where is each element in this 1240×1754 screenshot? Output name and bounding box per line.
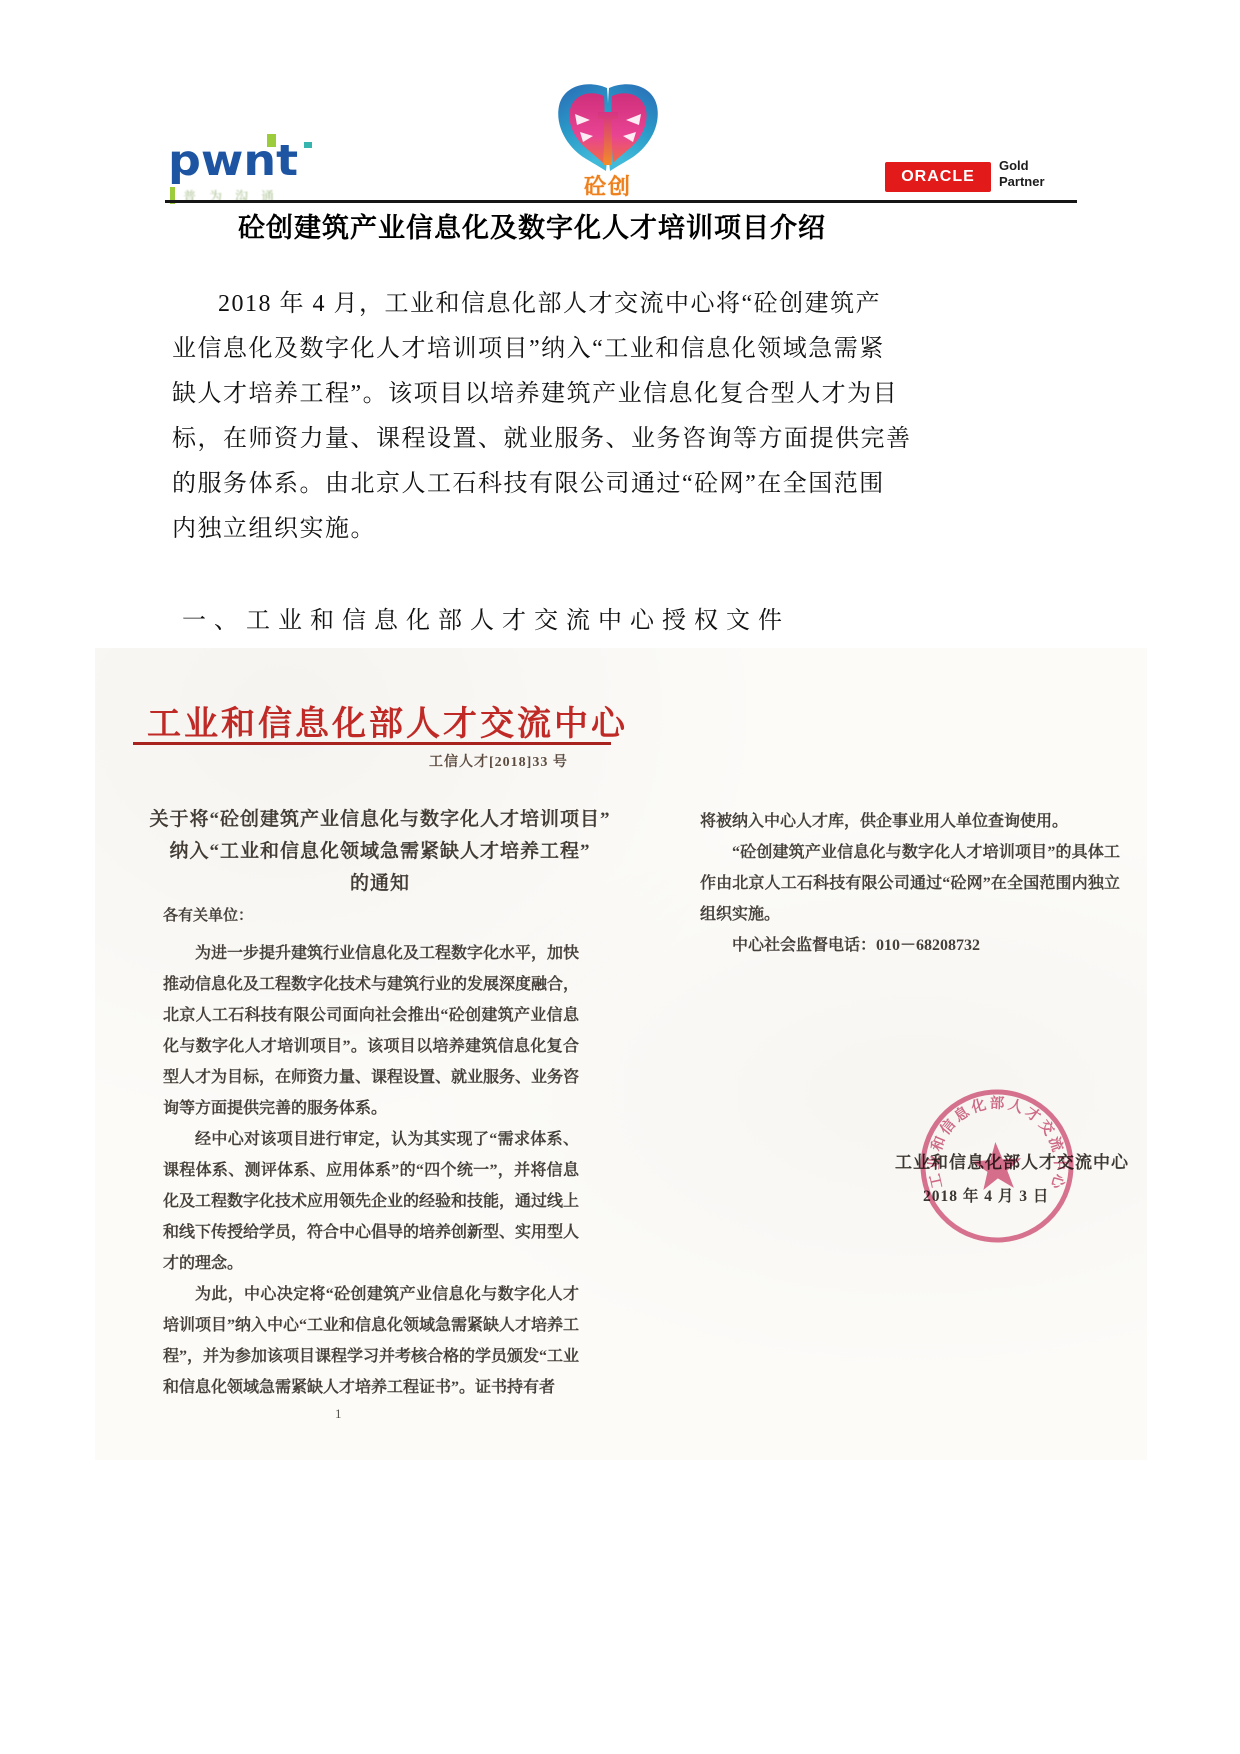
intro-line-6: 内独立组织实施。 (172, 508, 376, 543)
oracle-partner-gold: Gold (999, 158, 1045, 174)
page-title: 砼创建筑产业信息化及数字化人才培训项目介绍 (238, 206, 826, 245)
letter-left-column: 为进一步提升建筑行业信息化及工程数字化水平，加快推动信息化及工程数字化技术与建筑… (163, 938, 579, 1403)
letter-title: 关于将“砼创建筑产业信息化与数字化人才培训项目” 纳入“工业和信息化领域急需紧缺… (135, 804, 625, 900)
oracle-red-box: ORACLE (885, 162, 991, 192)
seal-star-icon (971, 1140, 1024, 1190)
intro-line-2: 业信息化及数字化人才培训项目”纳入“工业和信息化领域急需紧 (172, 328, 885, 363)
official-seal-icon: 工业和信息化部人才交流中心 (912, 1081, 1083, 1252)
letter-paragraph-2: 经中心对该项目进行审定，认为其实现了“需求体系、课程体系、测评体系、应用体系”的… (163, 1124, 579, 1279)
oracle-brand-text: ORACLE (901, 168, 975, 186)
intro-line-4: 标，在师资力量、课程设置、就业服务、业务咨询等方面提供完善 (172, 418, 912, 453)
letter-paragraph-3: 为此，中心决定将“砼创建筑产业信息化与数字化人才培训项目”纳入中心“工业和信息化… (163, 1279, 579, 1403)
section-1-heading: 一、工业和信息化部人才交流中心授权文件 (182, 600, 790, 635)
letter-paragraph-5: “砼创建筑产业信息化与数字化人才培训项目”的具体工作由北京人工石科技有限公司通过… (700, 837, 1120, 930)
pwnt-green-accent-icon (267, 134, 276, 147)
letter-paragraph-4: 将被纳入中心人才库，供企事业用人单位查询使用。 (700, 806, 1120, 837)
pwnt-logo: pwnt 普为沟通 (168, 140, 358, 202)
oracle-partner-logo: ORACLE Gold Partner (885, 140, 1095, 195)
letter-paragraph-1: 为进一步提升建筑行业信息化及工程数字化水平，加快推动信息化及工程数字化技术与建筑… (163, 938, 579, 1124)
intro-line-3: 缺人才培养工程”。该项目以培养建筑产业信息化复合型人才为目 (172, 373, 898, 408)
butterfly-wings-icon (552, 82, 664, 174)
intro-line-5: 的服务体系。由北京人工石科技有限公司通过“砼网”在全国范围 (172, 463, 885, 498)
oracle-partner-partner: Partner (999, 174, 1045, 190)
letter-page-number: 1 (335, 1406, 342, 1422)
letter-title-line-3: 的通知 (135, 868, 625, 900)
pwnt-wordmark: pwnt (168, 140, 358, 180)
pwnt-teal-accent-icon (304, 142, 312, 148)
letter-right-column: 将被纳入中心人才库，供企事业用人单位查询使用。 “砼创建筑产业信息化与数字化人才… (700, 806, 1120, 961)
letter-org-header: 工业和信息化部人才交流中心 (147, 696, 628, 745)
scanned-authorization-letter: 工业和信息化部人才交流中心 工信人才[2018]33 号 关于将“砼创建筑产业信… (95, 648, 1147, 1460)
letter-salutation: 各有关单位： (163, 904, 253, 925)
intro-line-1: 2018 年 4 月，工业和信息化部人才交流中心将“砼创建筑产 (172, 283, 881, 318)
letter-phone-line: 中心社会监督电话：010－68208732 (700, 930, 1120, 961)
letter-title-line-2: 纳入“工业和信息化领域急需紧缺人才培养工程” (135, 836, 625, 868)
letter-title-line-1: 关于将“砼创建筑产业信息化与数字化人才培训项目” (135, 804, 625, 836)
tongchuang-logo: 砼创 (552, 82, 664, 200)
oracle-partner-label: Gold Partner (999, 158, 1045, 190)
header-divider-rule (165, 200, 1077, 203)
tongchuang-caption: 砼创 (552, 170, 664, 201)
document-page: pwnt 普为沟通 (0, 0, 1240, 1754)
letter-red-rule (133, 742, 611, 745)
letter-doc-number: 工信人才[2018]33 号 (429, 751, 568, 771)
